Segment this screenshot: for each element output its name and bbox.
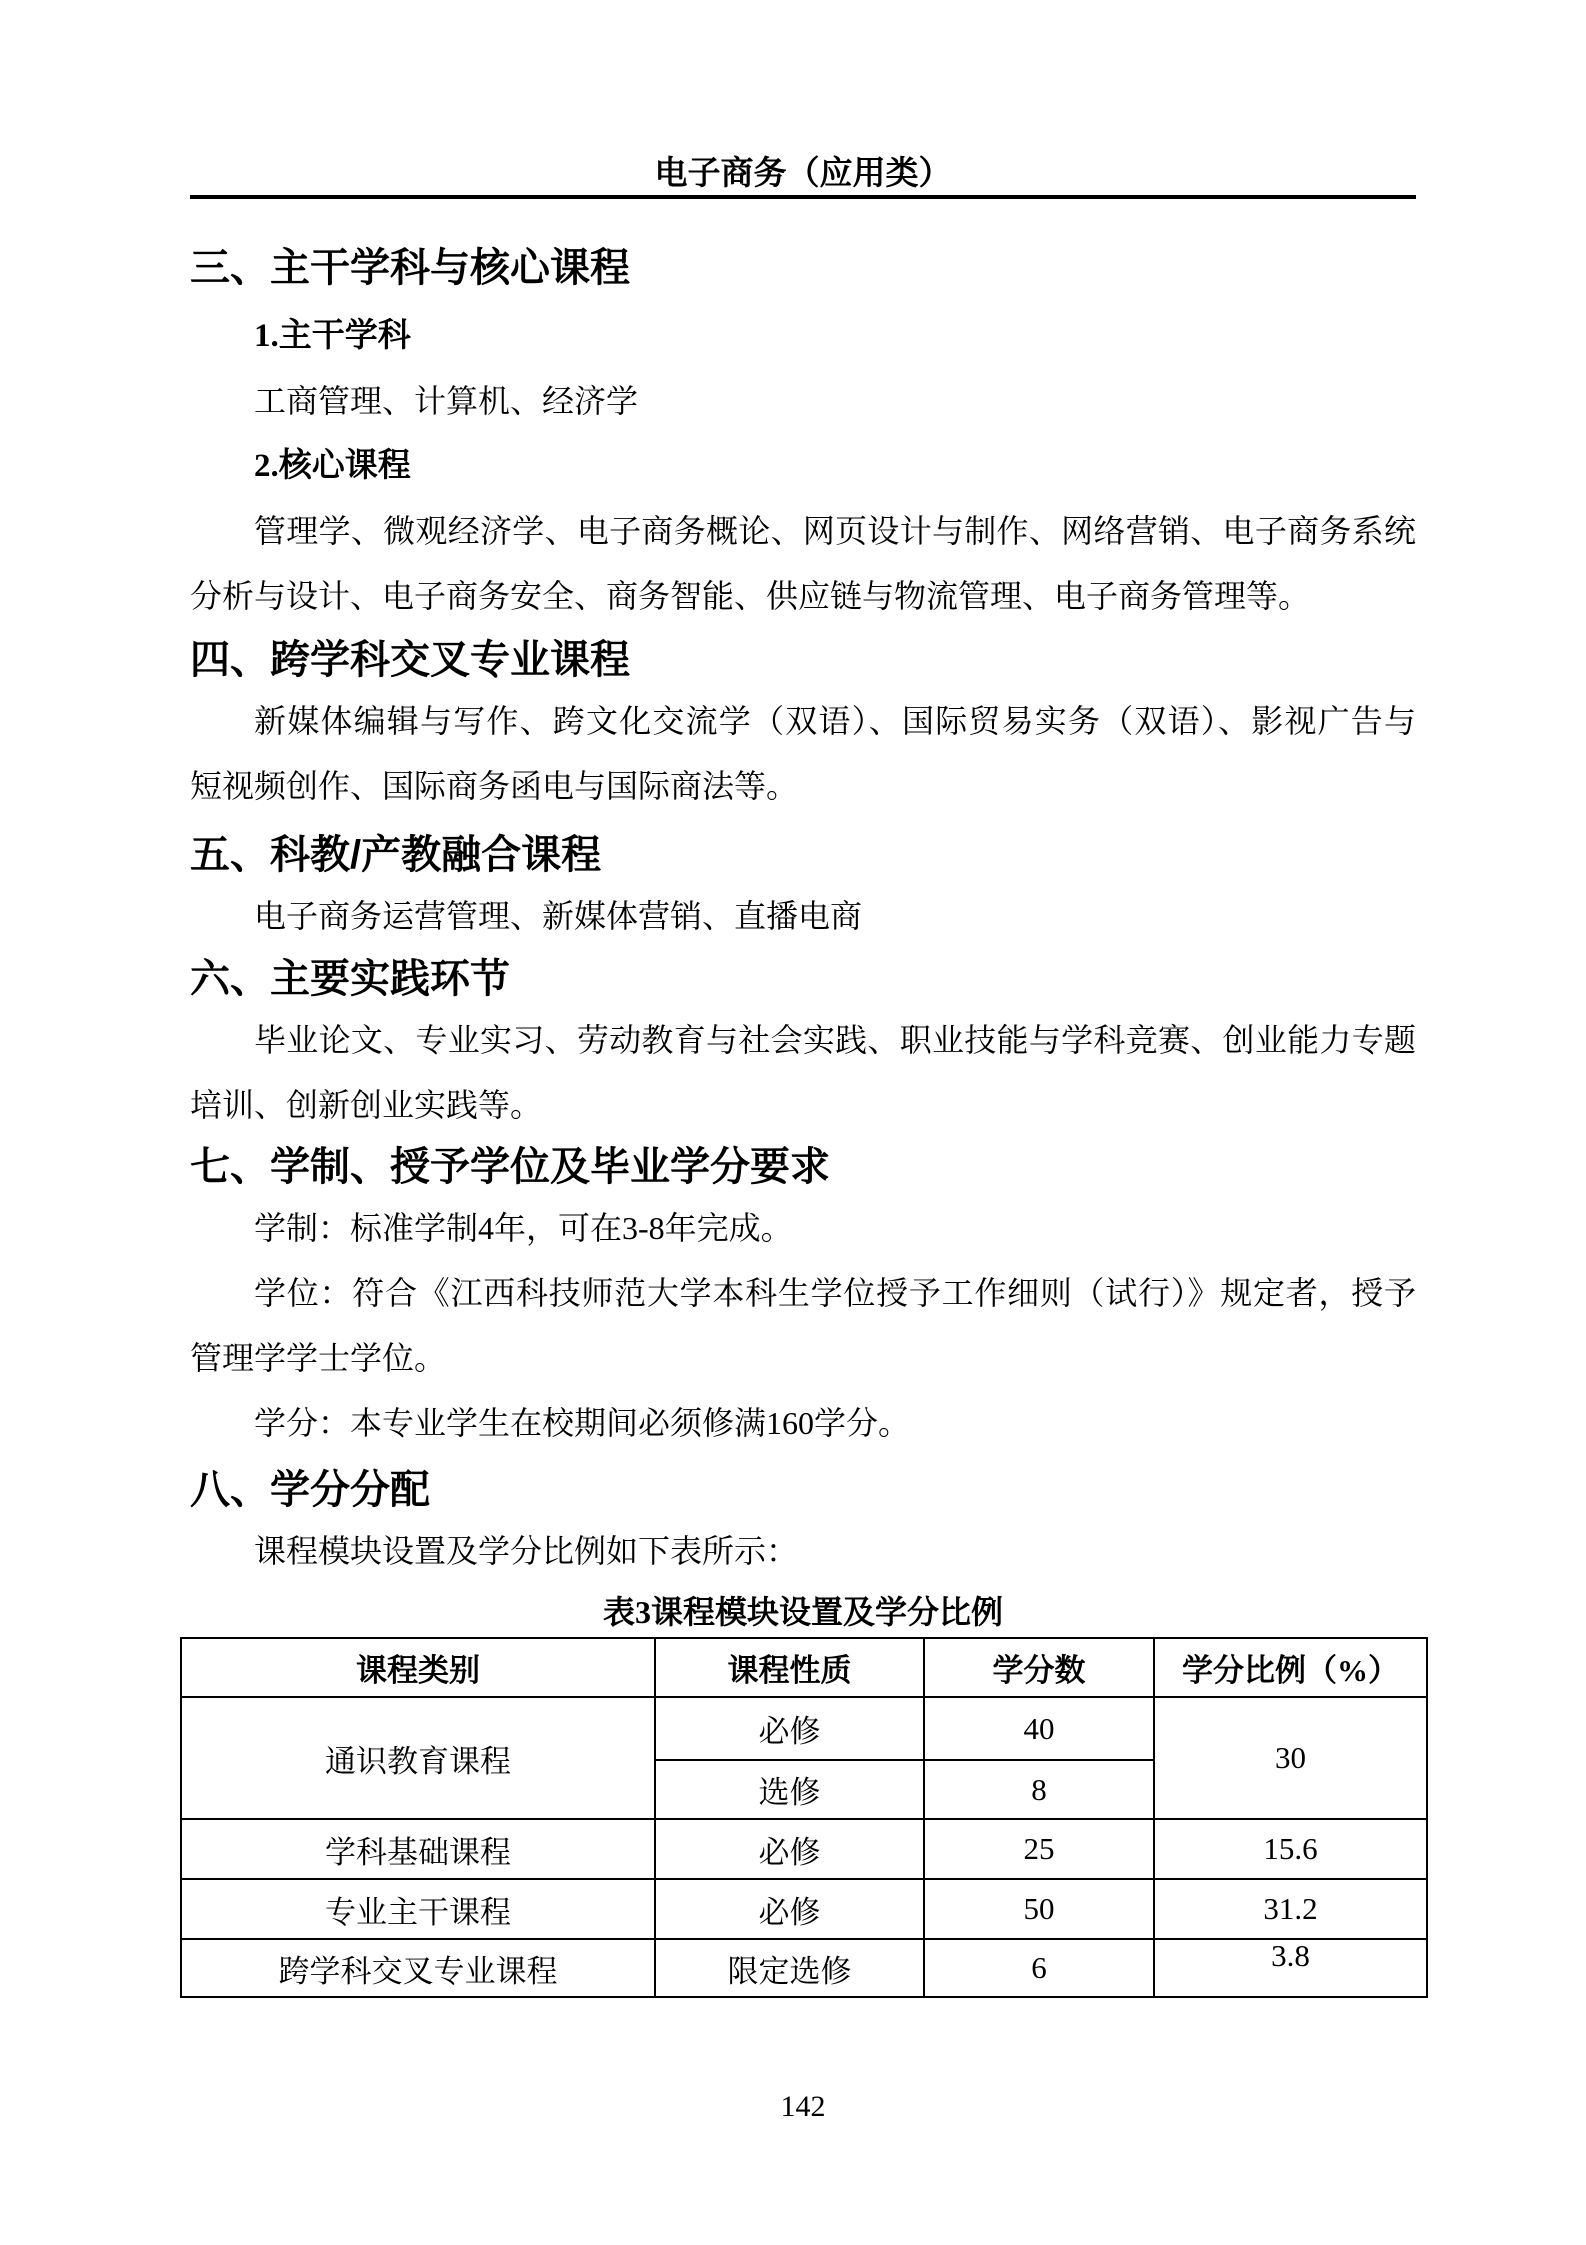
duration-text: 学制：标准学制4年，可在3-8年完成。 xyxy=(190,1196,1416,1261)
table-intro-text: 课程模块设置及学分比例如下表所示： xyxy=(190,1519,1416,1584)
section-heading-6: 六、主要实践环节 xyxy=(190,950,1416,1008)
section-heading-5: 五、科教/产教融合课程 xyxy=(190,826,1416,884)
sub-heading-core-courses: 2.核心课程 xyxy=(190,434,1416,499)
cell-category: 学科基础课程 xyxy=(181,1819,655,1879)
practice-line-2: 培训、创新创业实践等。 xyxy=(190,1073,1416,1138)
degree-line-1: 学位：符合《江西科技师范大学本科生学位授予工作细则（试行）》规定者，授予 xyxy=(190,1261,1416,1326)
cell-credits: 6 xyxy=(924,1939,1154,1997)
interdisciplinary-line-2: 短视频创作、国际商务函电与国际商法等。 xyxy=(190,754,1416,819)
main-disciplines-text: 工商管理、计算机、经济学 xyxy=(190,369,1416,434)
cell-credits: 8 xyxy=(924,1760,1154,1819)
col-header-credits: 学分数 xyxy=(924,1638,1154,1697)
sub-heading-main-disciplines: 1.主干学科 xyxy=(190,304,1416,369)
page-header-title: 电子商务（应用类） xyxy=(190,153,1416,193)
integration-courses-text: 电子商务运营管理、新媒体营销、直播电商 xyxy=(190,884,1416,949)
cell-nature: 限定选修 xyxy=(655,1939,924,1997)
cell-ratio-value: 3.8 xyxy=(1271,1939,1310,1974)
cell-ratio: 15.6 xyxy=(1154,1819,1427,1879)
interdisciplinary-line-1: 新媒体编辑与写作、跨文化交流学（双语）、国际贸易实务（双语）、影视广告与 xyxy=(190,689,1416,754)
col-header-ratio: 学分比例（%） xyxy=(1154,1638,1427,1697)
cell-credits: 40 xyxy=(924,1697,1154,1760)
cell-nature: 必修 xyxy=(655,1819,924,1879)
col-header-nature: 课程性质 xyxy=(655,1638,924,1697)
degree-line-2: 管理学学士学位。 xyxy=(190,1326,1416,1391)
table-header-row: 课程类别 课程性质 学分数 学分比例（%） xyxy=(181,1638,1427,1697)
cell-ratio: 31.2 xyxy=(1154,1879,1427,1939)
table-row: 专业主干课程 必修 50 31.2 xyxy=(181,1879,1427,1939)
page-number: 142 xyxy=(190,2087,1416,2127)
table-caption: 表3课程模块设置及学分比例 xyxy=(190,1587,1416,1637)
cell-nature: 选修 xyxy=(655,1760,924,1819)
cell-ratio: 3.8 xyxy=(1154,1939,1427,1997)
cell-category: 专业主干课程 xyxy=(181,1879,655,1939)
section-heading-8: 八、学分分配 xyxy=(190,1461,1416,1519)
col-header-category: 课程类别 xyxy=(181,1638,655,1697)
credits-requirement-text: 学分：本专业学生在校期间必须修满160学分。 xyxy=(190,1391,1416,1456)
cell-credits: 25 xyxy=(924,1819,1154,1879)
section-heading-7: 七、学制、授予学位及毕业学分要求 xyxy=(190,1138,1416,1196)
document-page: 电子商务（应用类） 三、主干学科与核心课程 1.主干学科 工商管理、计算机、经济… xyxy=(0,0,1586,2245)
core-courses-line-1: 管理学、微观经济学、电子商务概论、网页设计与制作、网络营销、电子商务系统 xyxy=(190,499,1416,564)
cell-credits: 50 xyxy=(924,1879,1154,1939)
credit-allocation-table: 课程类别 课程性质 学分数 学分比例（%） 通识教育课程 必修 40 30 选修… xyxy=(180,1637,1428,1998)
cell-nature: 必修 xyxy=(655,1697,924,1760)
section-heading-4: 四、跨学科交叉专业课程 xyxy=(190,631,1416,689)
section-heading-3: 三、主干学科与核心课程 xyxy=(190,239,1416,297)
cell-category: 跨学科交叉专业课程 xyxy=(181,1939,655,1997)
practice-line-1: 毕业论文、专业实习、劳动教育与社会实践、职业技能与学科竞赛、创业能力专题 xyxy=(190,1008,1416,1073)
cell-nature: 必修 xyxy=(655,1879,924,1939)
cell-ratio: 30 xyxy=(1154,1697,1427,1819)
page-content: 电子商务（应用类） 三、主干学科与核心课程 1.主干学科 工商管理、计算机、经济… xyxy=(190,0,1416,2127)
cell-category: 通识教育课程 xyxy=(181,1697,655,1819)
table-row: 跨学科交叉专业课程 限定选修 6 3.8 xyxy=(181,1939,1427,1997)
table-row: 学科基础课程 必修 25 15.6 xyxy=(181,1819,1427,1879)
core-courses-line-2: 分析与设计、电子商务安全、商务智能、供应链与物流管理、电子商务管理等。 xyxy=(190,564,1416,629)
header-rule xyxy=(190,195,1416,199)
table-row: 通识教育课程 必修 40 30 xyxy=(181,1697,1427,1760)
